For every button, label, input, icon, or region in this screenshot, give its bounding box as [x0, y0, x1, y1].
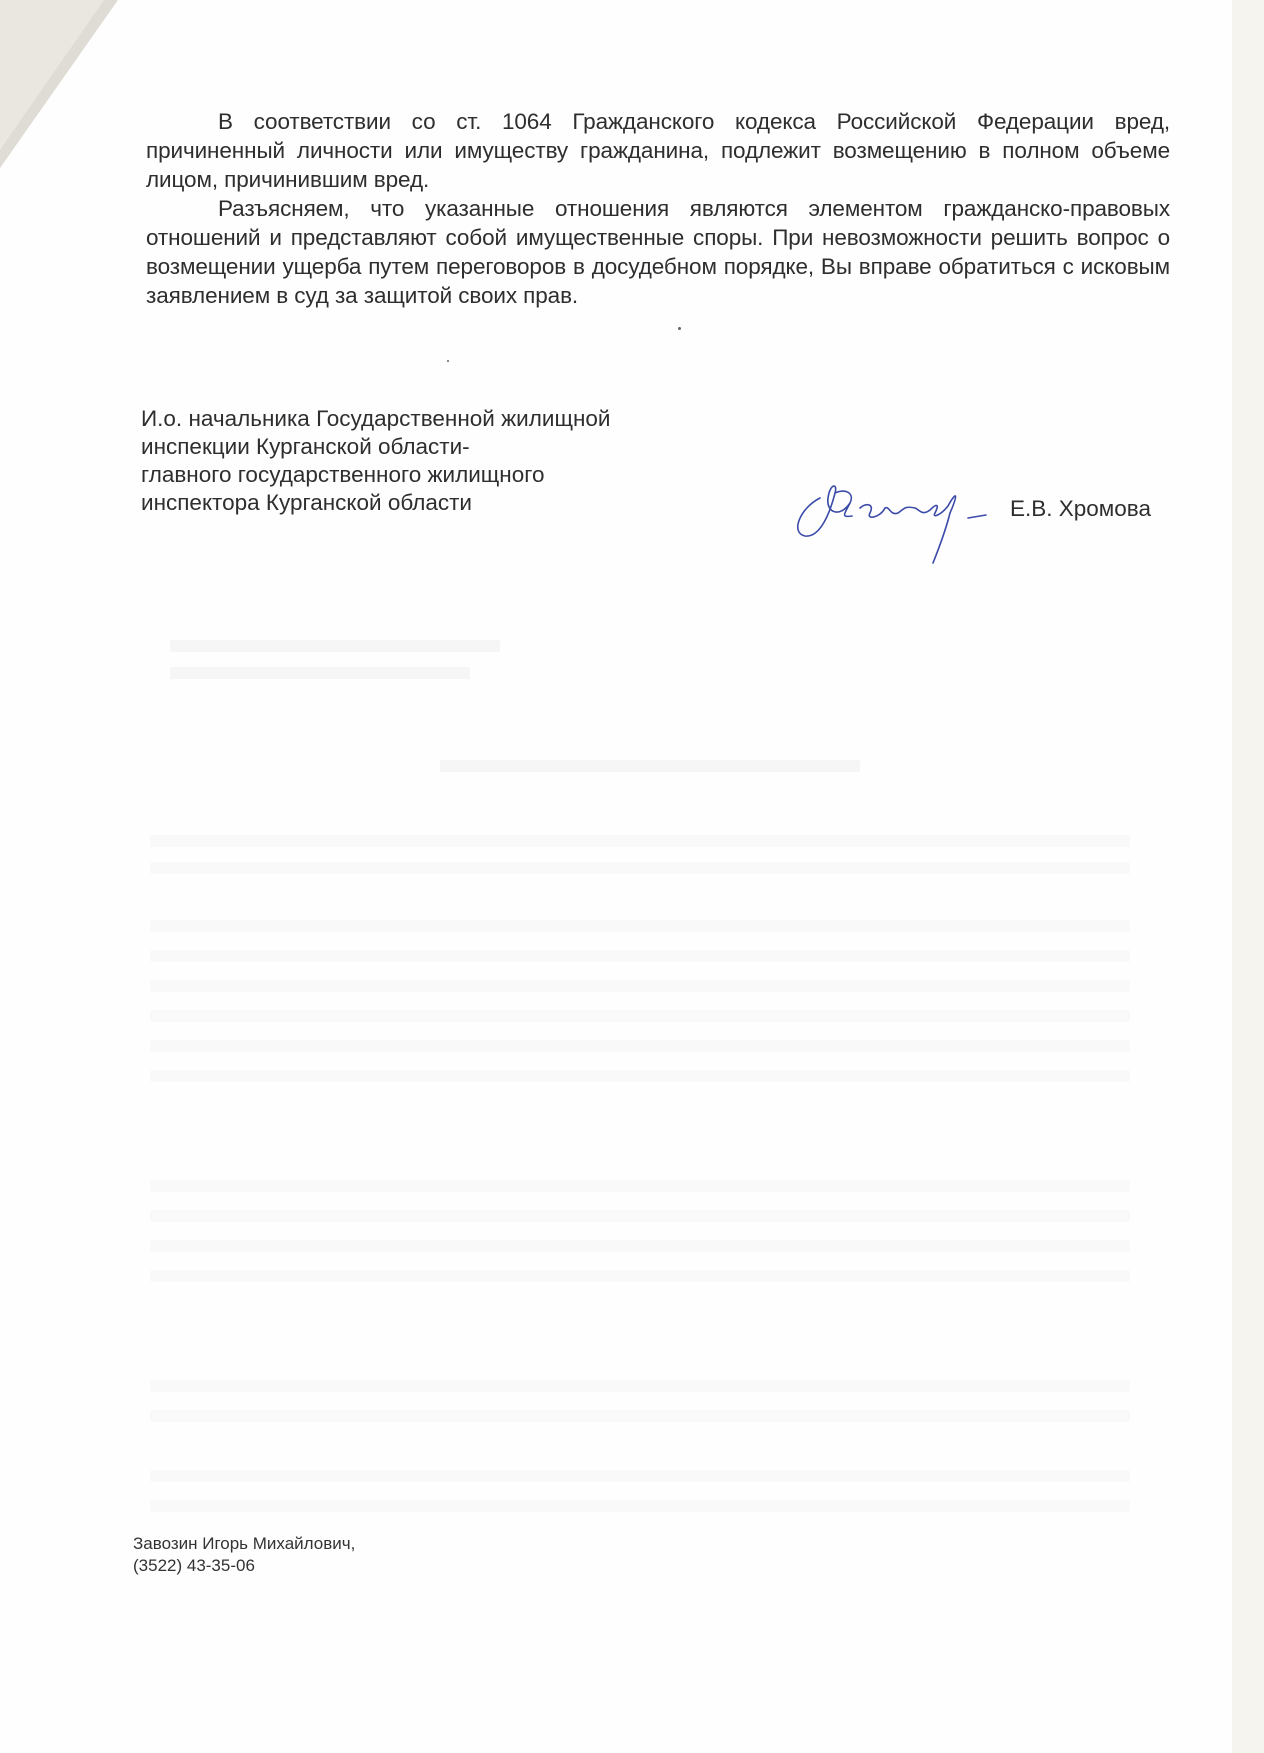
show-through-text	[150, 1270, 1130, 1282]
letter-body: В соответствии со ст. 1064 Гражданского …	[146, 107, 1170, 310]
paragraph-article-1064: В соответствии со ст. 1064 Гражданского …	[146, 107, 1170, 194]
executor-phone: (3522) 43-35-06	[133, 1555, 355, 1577]
show-through-text	[150, 980, 1130, 992]
paragraph-explanation: Разъясняем, что указанные отношения явля…	[146, 194, 1170, 310]
show-through-text	[150, 1180, 1130, 1192]
position-line: инспекции Курганской области-	[141, 433, 701, 461]
scan-speck	[678, 327, 681, 330]
document-page: В соответствии со ст. 1064 Гражданского …	[0, 0, 1232, 1753]
show-through-text	[150, 1070, 1130, 1082]
show-through-text	[150, 1380, 1130, 1392]
position-line: главного государственного жилищного	[141, 461, 701, 489]
show-through-text	[150, 862, 1130, 874]
show-through-text	[150, 835, 1130, 847]
folded-corner-shade	[0, 0, 104, 150]
show-through-text	[150, 1470, 1130, 1482]
show-through-text	[170, 640, 500, 652]
signer-name: Е.В. Хромова	[1010, 496, 1151, 522]
show-through-text	[150, 1210, 1130, 1222]
show-through-text	[150, 1500, 1130, 1512]
executor-name: Завозин Игорь Михайлович,	[133, 1533, 355, 1555]
show-through-text	[440, 760, 860, 772]
scan-margin-strip	[1232, 0, 1264, 1753]
executor-contact: Завозин Игорь Михайлович, (3522) 43-35-0…	[133, 1533, 355, 1577]
position-line: И.о. начальника Государственной жилищной	[141, 405, 701, 433]
signatory-position: И.о. начальника Государственной жилищной…	[141, 405, 701, 517]
position-line: инспектора Курганской области	[141, 489, 701, 517]
show-through-text	[150, 950, 1130, 962]
scan-speck	[447, 360, 449, 362]
handwritten-signature	[790, 478, 1000, 568]
show-through-text	[150, 1410, 1130, 1422]
show-through-text	[150, 1240, 1130, 1252]
show-through-text	[150, 1040, 1130, 1052]
show-through-text	[170, 667, 470, 679]
show-through-text	[150, 920, 1130, 932]
show-through-text	[150, 1010, 1130, 1022]
